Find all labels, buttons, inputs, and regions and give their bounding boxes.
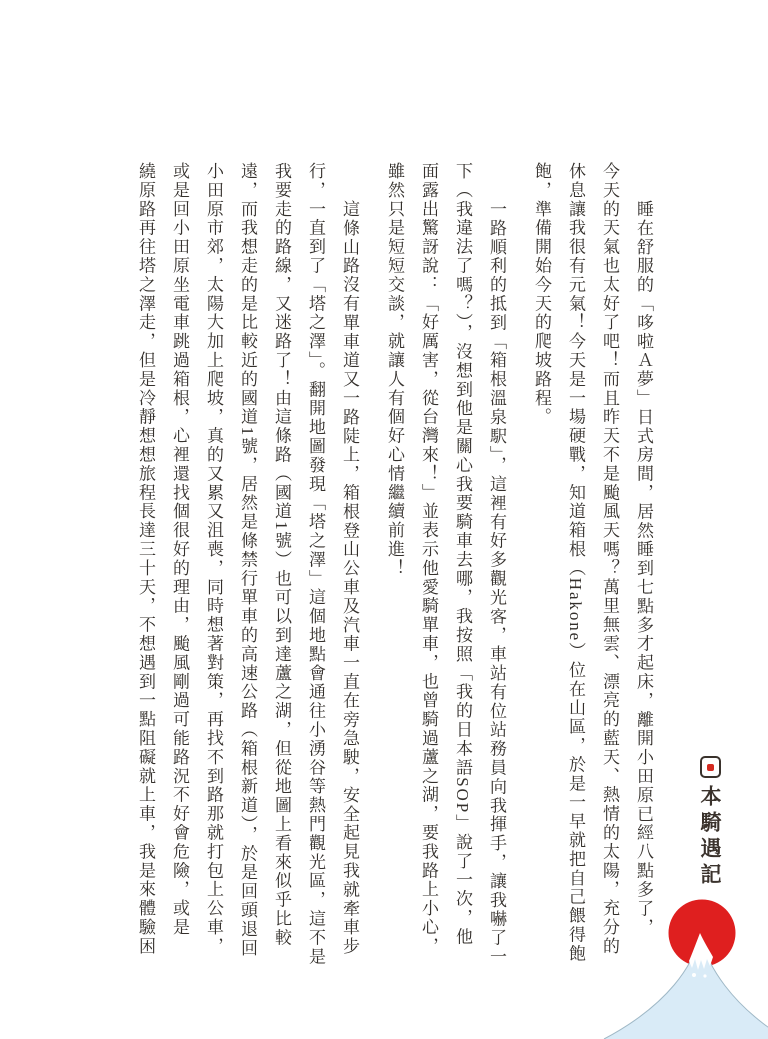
text-column-line: 休息讓我很有元氣！今天是一場硬戰，知道箱根（Hakone）位在山區，於是一早就把… xyxy=(558,162,592,966)
text-column-line: 飽，準備開始今天的爬坡路程。 xyxy=(524,162,558,966)
logo-title-text: 本騎遇記 xyxy=(695,785,725,889)
text-column-line: 行，一直到了「塔之澤」。翻開地圖發現「塔之澤」這個地點會通往小湧谷等熱門觀光區，… xyxy=(298,162,332,966)
text-column-line: 雖然只是短短交談，就讓人有個好心情繼續前進！ xyxy=(377,162,411,966)
text-column-line: 我要走的路線，又迷路了！由這條路（國道1號）也可以到達蘆之湖，但從地圖上看來似乎… xyxy=(264,162,298,966)
text-column-line: 面露出驚訝說：「好厲害，從台灣來！」並表示他愛騎單車，也曾騎過蘆之湖，要我路上小… xyxy=(411,162,445,966)
paragraph-3: 這條山路沒有單車道又一路陡上，箱根登山公車及汽車一直在旁急駛，安全起見我就牽車步… xyxy=(128,162,366,966)
mount-fuji-illustration xyxy=(590,880,768,1039)
snow-drip-dot xyxy=(692,973,696,977)
paragraph-2: 一路順利的抵到「箱根溫泉駅」，這裡有好多觀光客，車站有位站務員向我揮手，讓我嚇了… xyxy=(377,162,513,966)
logo-character-ri-icon xyxy=(700,756,721,778)
text-column-line: 一路順利的抵到「箱根溫泉駅」，這裡有好多觀光客，車站有位站務員向我揮手，讓我嚇了… xyxy=(479,162,513,966)
text-column-line: 今天的天氣也太好了吧！而且昨天不是颱風天嗎？萬里無雲、漂亮的藍天、熱情的太陽，充… xyxy=(592,162,626,966)
book-page: 睡在舒服的「哆啦Ａ夢」日式房間，居然睡到七點多才起床，離開小田原已經八點多了， … xyxy=(0,0,768,1039)
text-column-line: 下（我違法了嗎？），沒想到他是關心我要騎車去哪，我按照「我的日本語SOP」說了一… xyxy=(445,162,479,966)
text-column-line: 遠，而我想走的是比較近的國道1號，居然是條禁行單車的高速公路（箱根新道），於是回… xyxy=(230,162,264,966)
logo-red-dot xyxy=(707,764,714,771)
body-text: 睡在舒服的「哆啦Ａ夢」日式房間，居然睡到七點多才起床，離開小田原已經八點多了， … xyxy=(128,162,660,966)
text-column-line: 或是回小田原坐電車跳過箱根，心裡還找個很好的理由，颱風剛過可能路況不好會危險，或… xyxy=(162,162,196,966)
text-column-line: 睡在舒服的「哆啦Ａ夢」日式房間，居然睡到七點多才起床，離開小田原已經八點多了， xyxy=(626,162,660,966)
text-column-line: 這條山路沒有單車道又一路陡上，箱根登山公車及汽車一直在旁急駛，安全起見我就牽車步 xyxy=(332,162,366,966)
series-logo: 本騎遇記 xyxy=(697,756,723,889)
snow-drip-dot xyxy=(703,974,706,977)
text-column-line: 繞原路再往塔之澤走，但是冷靜想想旅程長達三十天，不想遇到一點阻礙就上車，我是來體… xyxy=(128,162,162,966)
paragraph-1: 睡在舒服的「哆啦Ａ夢」日式房間，居然睡到七點多才起床，離開小田原已經八點多了， … xyxy=(524,162,660,966)
text-column-line: 小田原市郊，太陽大加上爬坡，真的又累又沮喪，同時想著對策，再找不到路那就打包上公… xyxy=(196,162,230,966)
